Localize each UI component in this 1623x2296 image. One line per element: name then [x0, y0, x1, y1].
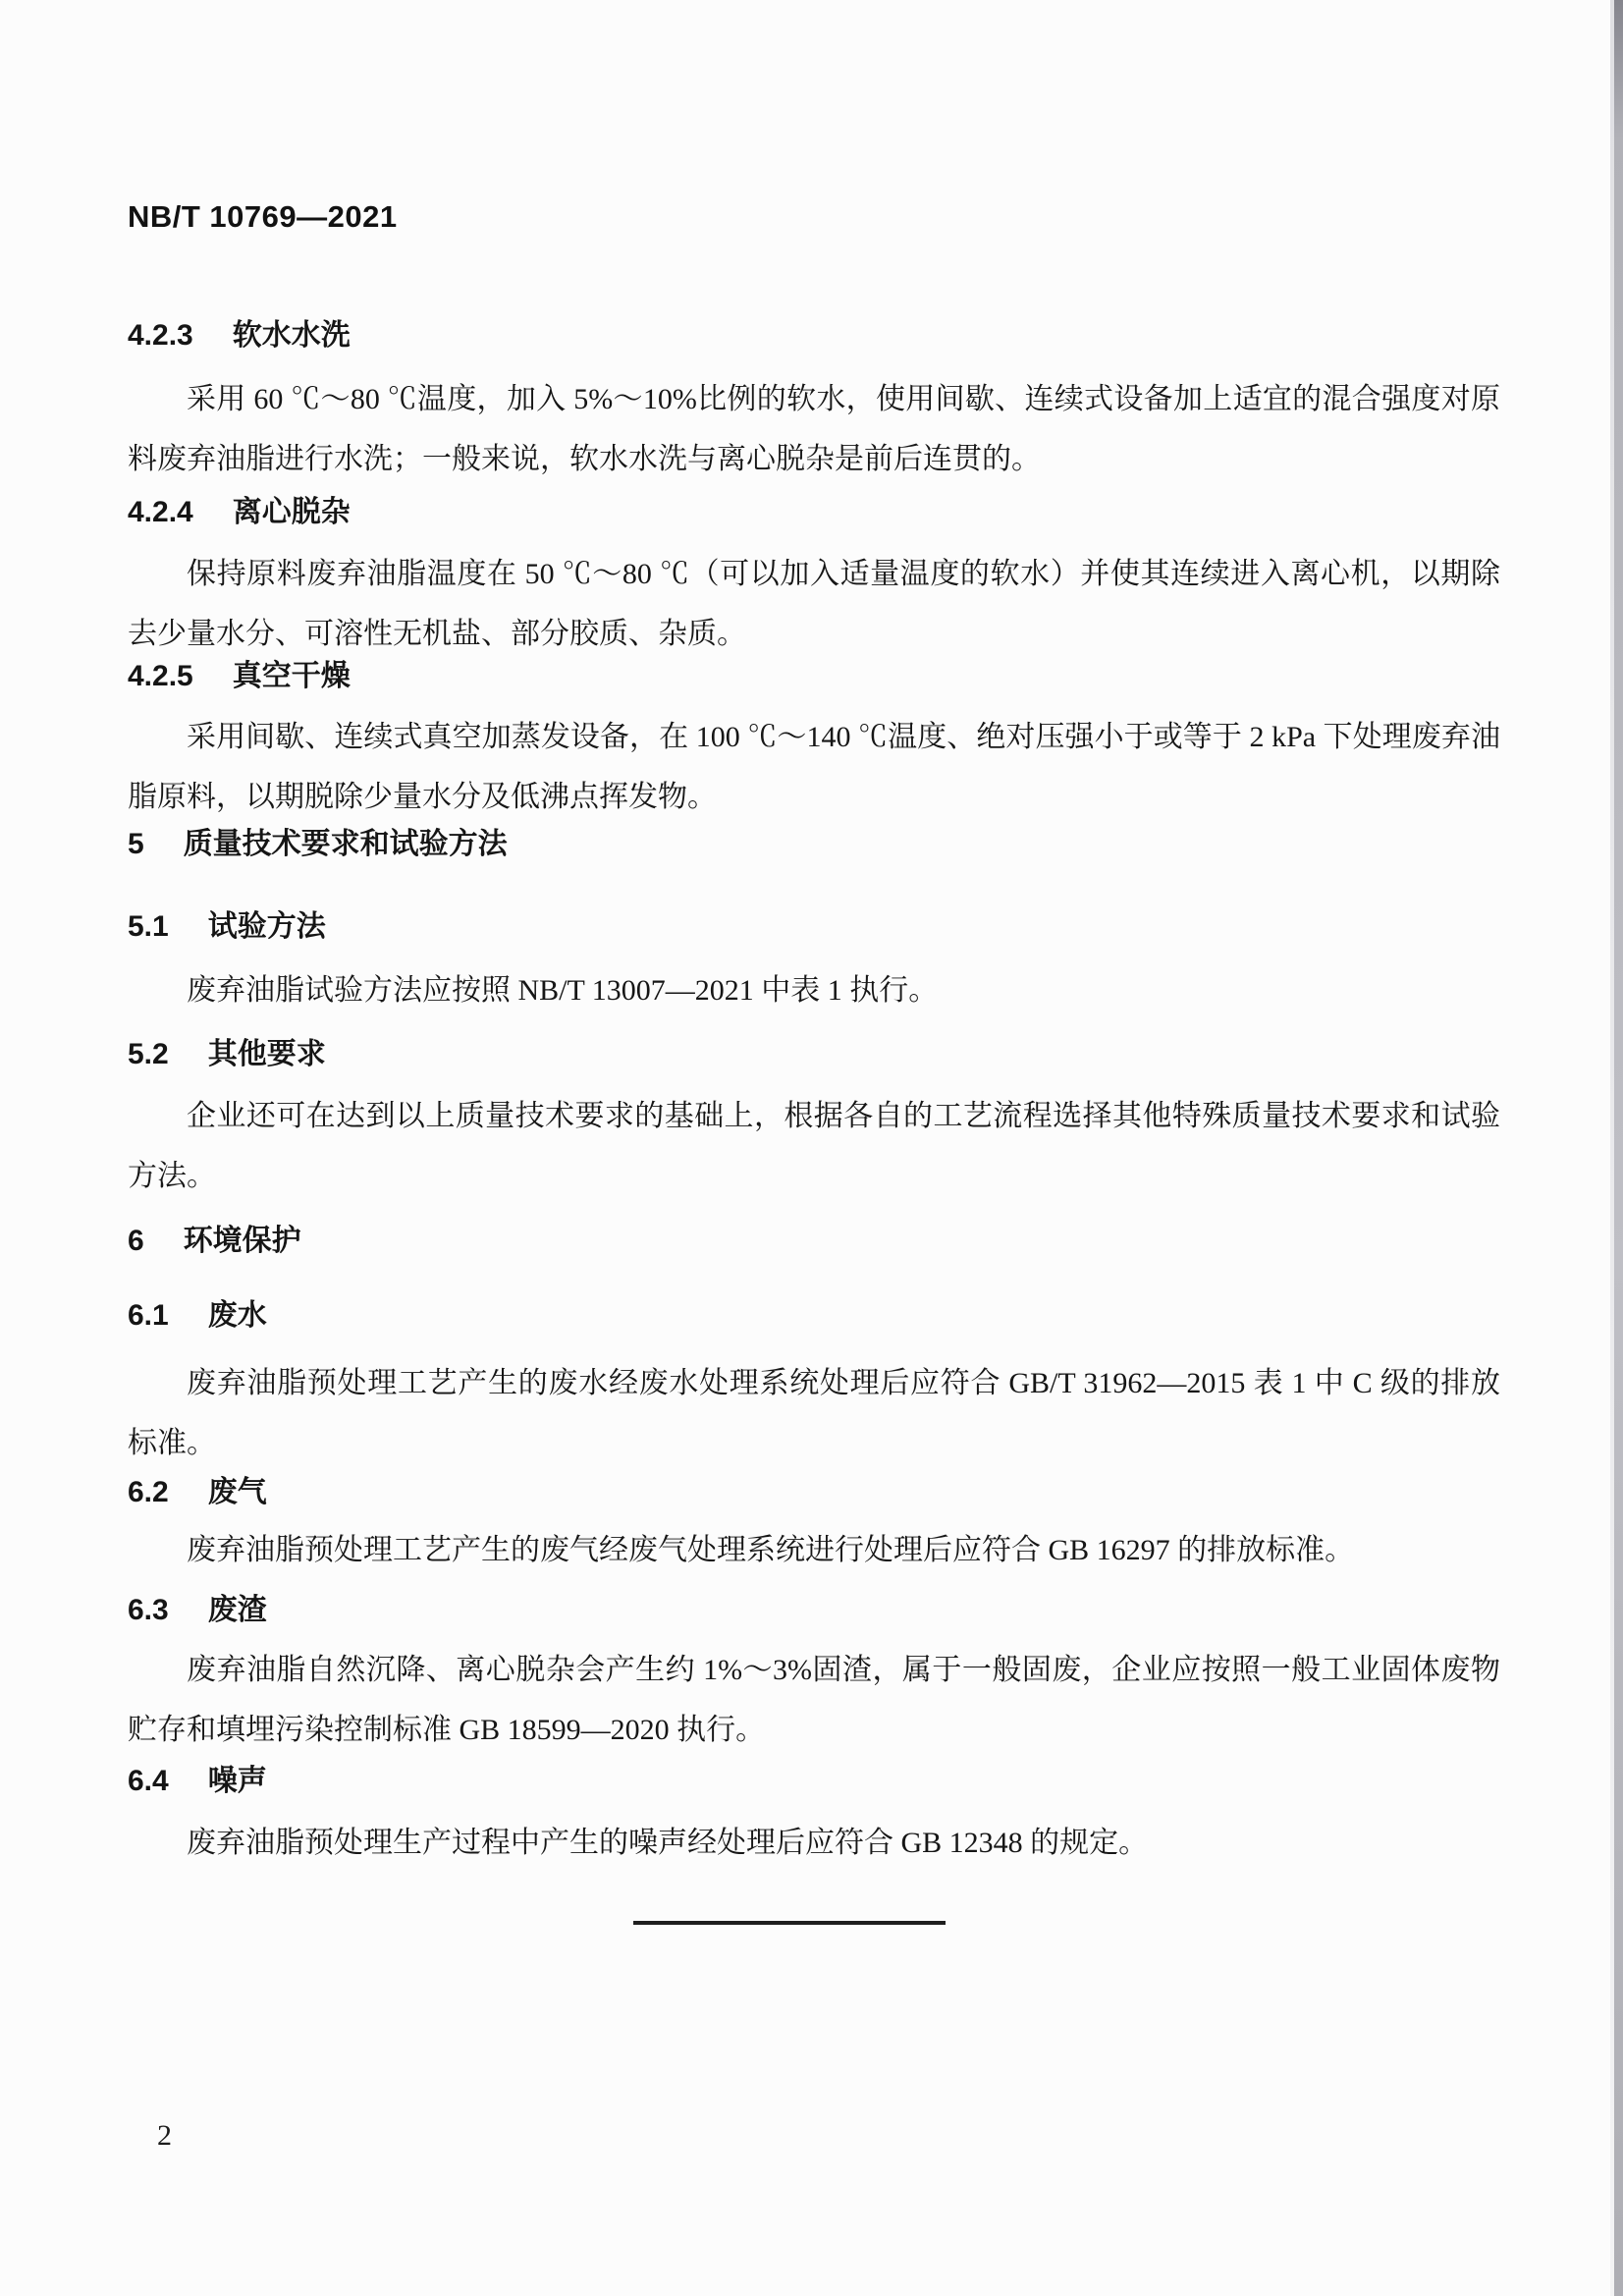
section-number: 6.2 [128, 1476, 169, 1509]
section-number: 5 [128, 828, 144, 861]
section-paragraph-4-2-5: 采用间歇、连续式真空加蒸发设备，在 100 ℃～140 ℃温度、绝对压强小于或等… [128, 707, 1500, 827]
section-heading-4-2-3: 4.2.3软水水洗 [128, 310, 351, 354]
section-heading-6-1: 6.1废水 [128, 1290, 267, 1334]
scan-edge-shadow [1614, 0, 1623, 2296]
section-title: 废渣 [208, 1594, 267, 1626]
section-title: 试验方法 [208, 910, 326, 943]
section-number: 5.2 [128, 1038, 169, 1071]
section-heading-6-4: 6.4噪声 [128, 1756, 267, 1799]
section-number: 4.2.5 [128, 660, 193, 693]
section-heading-6-3: 6.3废渣 [128, 1585, 267, 1628]
section-paragraph-5-2: 企业还可在达到以上质量技术要求的基础上，根据各自的工艺流程选择其他特殊质量技术要… [128, 1086, 1500, 1206]
section-paragraph-6-4: 废弃油脂预处理生产过程中产生的噪声经处理后应符合 GB 12348 的规定。 [128, 1813, 1500, 1873]
section-paragraph-4-2-3: 采用 60 ℃～80 ℃温度，加入 5%～10%比例的软水，使用间歇、连续式设备… [128, 369, 1500, 489]
section-title: 真空干燥 [233, 660, 351, 692]
standard-number-header: NB/T 10769—2021 [128, 199, 398, 235]
end-of-document-rule [633, 1921, 946, 1925]
section-title: 质量技术要求和试验方法 [184, 828, 508, 860]
section-number: 6 [128, 1225, 144, 1258]
section-number: 4.2.4 [128, 496, 193, 529]
section-heading-4-2-4: 4.2.4离心脱杂 [128, 487, 351, 530]
section-title: 环境保护 [184, 1225, 301, 1257]
section-heading-5: 5质量技术要求和试验方法 [128, 819, 508, 862]
section-number: 6.3 [128, 1594, 169, 1627]
section-paragraph-4-2-4: 保持原料废弃油脂温度在 50 ℃～80 ℃（可以加入适量温度的软水）并使其连续进… [128, 544, 1500, 664]
section-paragraph-6-3: 废弃油脂自然沉降、离心脱杂会产生约 1%～3%固渣，属于一般固废，企业应按照一般… [128, 1640, 1500, 1760]
section-paragraph-6-1: 废弃油脂预处理工艺产生的废水经废水处理系统处理后应符合 GB/T 31962—2… [128, 1353, 1500, 1473]
section-heading-6: 6环境保护 [128, 1216, 301, 1259]
section-number: 6.4 [128, 1765, 169, 1798]
section-number: 5.1 [128, 910, 169, 944]
section-paragraph-6-2: 废弃油脂预处理工艺产生的废气经废气处理系统进行处理后应符合 GB 16297 的… [128, 1520, 1500, 1580]
section-title: 软水水洗 [233, 319, 351, 352]
section-title: 废水 [208, 1299, 267, 1332]
section-paragraph-5-1: 废弃油脂试验方法应按照 NB/T 13007—2021 中表 1 执行。 [128, 960, 1500, 1020]
section-title: 噪声 [208, 1765, 267, 1797]
page: NB/T 10769—2021 4.2.3软水水洗 采用 60 ℃～80 ℃温度… [0, 0, 1623, 2296]
section-heading-5-2: 5.2其他要求 [128, 1029, 326, 1072]
section-heading-4-2-5: 4.2.5真空干燥 [128, 651, 351, 694]
section-heading-5-1: 5.1试验方法 [128, 902, 326, 945]
section-title: 其他要求 [208, 1038, 326, 1070]
page-number: 2 [157, 2119, 172, 2153]
section-number: 6.1 [128, 1299, 169, 1333]
section-heading-6-2: 6.2废气 [128, 1467, 267, 1510]
section-number: 4.2.3 [128, 319, 193, 353]
section-title: 离心脱杂 [233, 496, 351, 528]
section-title: 废气 [208, 1476, 267, 1508]
